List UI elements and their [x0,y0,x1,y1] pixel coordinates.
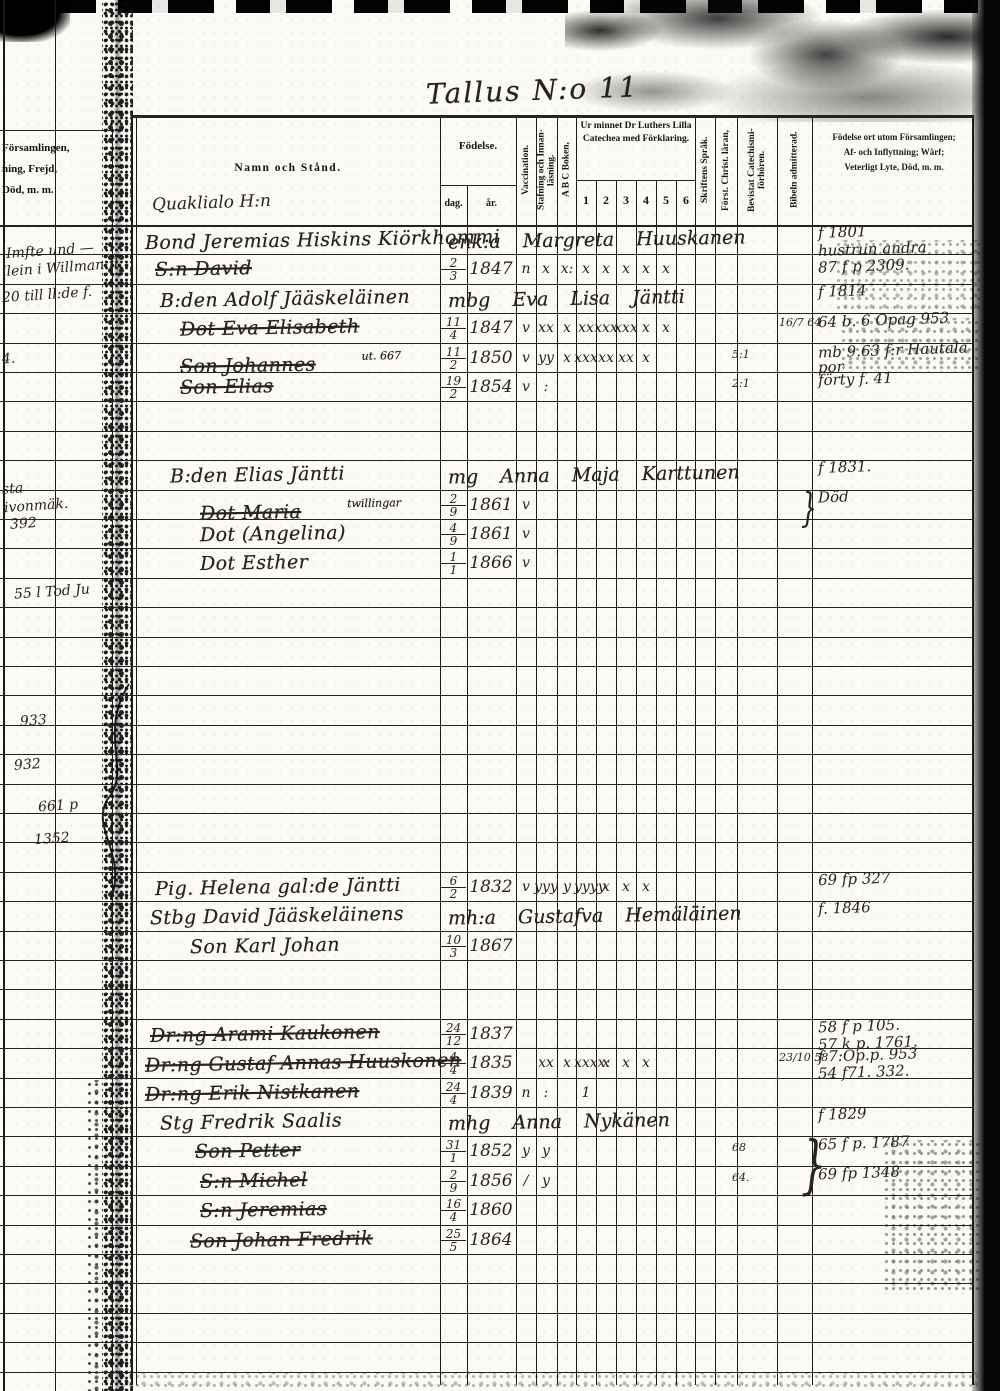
exam-note: 16/7 64 [779,316,821,329]
column-header-spelling: Stafning och Innan-läsning. [536,117,557,223]
person-name: Stg Fredrik Saalis [160,1106,342,1137]
grid-vline [112,130,113,1391]
grid-hline [0,842,974,843]
right-margin-annotation: f 1831. [818,457,872,477]
birth-year: 1850 [468,344,514,372]
binding-shadow-band [86,1080,102,1391]
birth-day: 29 [441,493,466,518]
grid-hline [0,989,974,990]
birth-year: 1854 [468,373,514,401]
grid-hline [0,637,974,638]
birth-year: 1852 [468,1137,514,1165]
left-margin-note: 20 till ll:de f. [2,284,93,306]
exam-note: 68 [732,1141,746,1154]
birth-day: 311 [441,1139,466,1164]
birth-year: 1866 [468,549,514,577]
scan-stain-artifact [565,0,1000,122]
left-margin-note: sta [1,480,23,497]
reading-mark: v [514,493,538,517]
person-name: Son Johan Fredrik [190,1224,373,1255]
margin-header-line: Församlingen, [2,138,110,159]
birth-year: 1860 [468,1196,514,1224]
margin-header-line: ning, Frejd, [2,159,110,180]
reading-mark: x [634,346,658,370]
grid-hline [0,130,112,131]
reading-mark: : [534,1081,558,1105]
column-header-bible-admitted: Bibeln admitterad. [777,117,812,223]
birth-day: 44 [441,1051,466,1076]
reading-mark: y [534,1139,558,1163]
reading-mark: v [514,551,538,575]
column-header-attended-exam: Bevistat Catechismi-förhören. [737,117,777,223]
birth-year: 1837 [468,1020,514,1048]
birth-day: 23 [441,257,466,282]
left-margin-note: 661 p [37,797,78,816]
person-name: Pig. Helena gal:de Jäntti [155,871,401,903]
birth-day: 164 [441,1198,466,1223]
grid-hline [0,1372,974,1373]
right-margin-annotation: förty f. 41 [818,369,893,390]
person-name: Son Karl Johan [190,930,340,961]
person-name: Dr:ng Erik Nistkanen [145,1077,360,1109]
right-margin-annotation: 54 f71. 332. [818,1062,910,1083]
grid-vline [676,180,677,1385]
column-header-vaccination: Vaccination. [516,117,536,223]
person-name: Dot Eva Elisabeth [180,313,360,344]
person-name: S:n Jeremias [200,1195,327,1225]
right-margin-annotation: f 1829 [818,1104,867,1124]
birth-year: 1861 [468,520,514,548]
right-margin-annotation: f. 1846 [818,898,871,918]
person-name: S:n David [155,255,252,285]
person-name: Stbg David Jääskeläinens [150,900,404,932]
column-header-birth-year: år. [467,198,516,209]
notes-header-line: Af- och Inflyttning; Wärf; [814,145,974,160]
birth-day: 29 [441,1169,466,1194]
birth-year: 1864 [468,1226,514,1254]
birth-day: 244 [441,1081,466,1106]
left-margin-note: 933 [19,712,47,730]
grid-hline [0,1342,974,1343]
scanned-ledger-page: Tallus N:o 11 Församlingen, ning, Frejd,… [0,0,1000,1391]
village-group-heading: Quaklialo H:n [152,191,272,215]
birth-year: 1847 [468,255,514,283]
grid-hline [0,1283,974,1284]
column-header-christianity: Först. Christ. läran, [715,117,737,223]
exam-note: 2:1 [732,377,750,390]
column-header-catechism: Ur minnet Dr Luthers Lilla Catechea med … [577,120,695,145]
catechism-col-number: 1 [576,193,596,208]
grid-hline [0,695,974,696]
margin-header-line: Död, m. m. [2,180,110,201]
right-margin-annotation: Död [818,487,849,506]
column-header-name: Namn och Stånd. [137,162,439,174]
catechism-col-number: 3 [616,193,636,208]
exam-note: 64. [732,1171,750,1184]
left-margin-note: ivonmäk. [4,496,69,516]
catechism-col-number: 5 [656,193,676,208]
birth-day: 11 [441,551,466,576]
spouse-name: mg Anna Maja Karttunen [448,459,740,492]
spouse-name: mbg Eva Lisa Jäntti [448,283,685,315]
left-margin-note: 932 [13,756,41,774]
catechism-col-number: 4 [636,193,656,208]
spouse-name: enk:a Margreta Huuskanen [448,223,746,256]
column-header-scripture: Skriftens Språk. [695,117,715,223]
right-margin-annotation: f 1801 [818,222,867,242]
scan-stain-artifact [120,1372,978,1391]
right-margin-annotation: f 1814 [818,281,867,301]
birth-year: 1847 [468,314,514,342]
birth-year: 1867 [468,932,514,960]
column-header-abc-book: A B C Boken, [557,117,576,223]
catechism-col-number: 2 [596,193,616,208]
person-name: Dr:ng Arami Kaukonen [150,1018,380,1050]
right-margin-annotation: 64 b. 6 Opag 953 [818,309,950,332]
grid-hline [0,725,974,726]
birth-day: 112 [441,346,466,371]
birth-year: 1832 [468,873,514,901]
column-header-birth: Födelse. [440,140,516,152]
birth-day: 2412 [441,1022,466,1047]
grid-hline [0,607,974,608]
entry-side-note: ut. 667 [361,342,401,371]
grid-hline [131,115,974,118]
spouse-name: mhg Anna Nykänen [448,1106,670,1138]
left-margin-note: 1352 [33,829,70,847]
right-margin-annotation: 87 f p 2309. [818,255,910,276]
entry-side-note: twillingar [347,489,401,518]
person-name: Dr:ng Gustaf Annas Huuskonen [145,1046,462,1080]
spouse-name: mh:a Gustafva Hemäläinen [448,900,742,933]
birth-day: 49 [441,522,466,547]
birth-year: 1839 [468,1079,514,1107]
reading-mark: y [534,1169,558,1193]
birth-day: 114 [441,316,466,341]
brace-mark: } [801,488,817,529]
grid-hline [0,1254,974,1255]
person-name: Son Elias [180,372,274,402]
right-margin-annotation: 69 fp 1348 [818,1162,901,1183]
person-name: Dot Esther [200,548,309,578]
birth-day: 62 [441,875,466,900]
birth-year: 1861 [468,491,514,519]
column-header-notes: Födelse ort utom Församlingen; Af- och I… [814,130,974,175]
birth-day: 192 [441,375,466,400]
grid-hline [440,185,516,186]
reading-mark: x [654,257,678,281]
grid-hline [576,180,695,181]
grid-hline [0,431,974,432]
grid-hline [0,666,974,667]
reading-mark: : [534,375,558,399]
page-title: Tallus N:o 11 [425,70,639,110]
grid-hline [0,754,974,755]
birth-year: 1835 [468,1049,514,1077]
exam-note: 5:1 [732,348,750,361]
margin-column-header: Församlingen, ning, Frejd, Död, m. m. [2,138,110,201]
person-name: B:den Adolf Jääskeläinen [160,283,411,315]
left-margin-note: 55 l Tod Ju [14,581,91,602]
grid-hline [0,401,974,402]
left-margin-note: 4. [1,351,15,368]
reading-mark: x [654,316,678,340]
notes-header-line: Födelse ort utom Församlingen; [814,130,974,145]
person-name: B:den Elias Jäntti [170,460,345,491]
birth-year: 1856 [468,1167,514,1195]
birth-day: 255 [441,1228,466,1253]
column-header-birth-day: dag. [440,198,467,209]
scan-edge-artifact [0,0,1000,13]
reading-mark: x [634,875,658,899]
grid-hline [0,784,974,785]
right-margin-annotation: 65 f p. 1787 [818,1133,910,1154]
right-margin-annotation: 69 fp 327 [818,869,891,890]
grid-hline [0,578,974,579]
grid-hline [0,960,974,961]
left-margin-note: 392 [9,515,37,533]
person-name: Son Petter [195,1136,301,1166]
person-name: S:n Michel [200,1166,308,1196]
person-name: Dot (Angelina) [200,519,346,550]
notes-header-line: Veterligt Lyte, Död, m. m. [814,160,974,175]
birth-day: 103 [441,934,466,959]
catechism-col-number: 6 [676,193,696,208]
reading-mark: v [514,522,538,546]
reading-mark: x [634,1051,658,1075]
scan-blob-artifact [0,0,70,42]
scan-edge-band [972,0,1000,1391]
grid-hline [0,813,974,814]
grid-hline [0,1313,974,1314]
reading-mark: 1 [574,1081,598,1105]
